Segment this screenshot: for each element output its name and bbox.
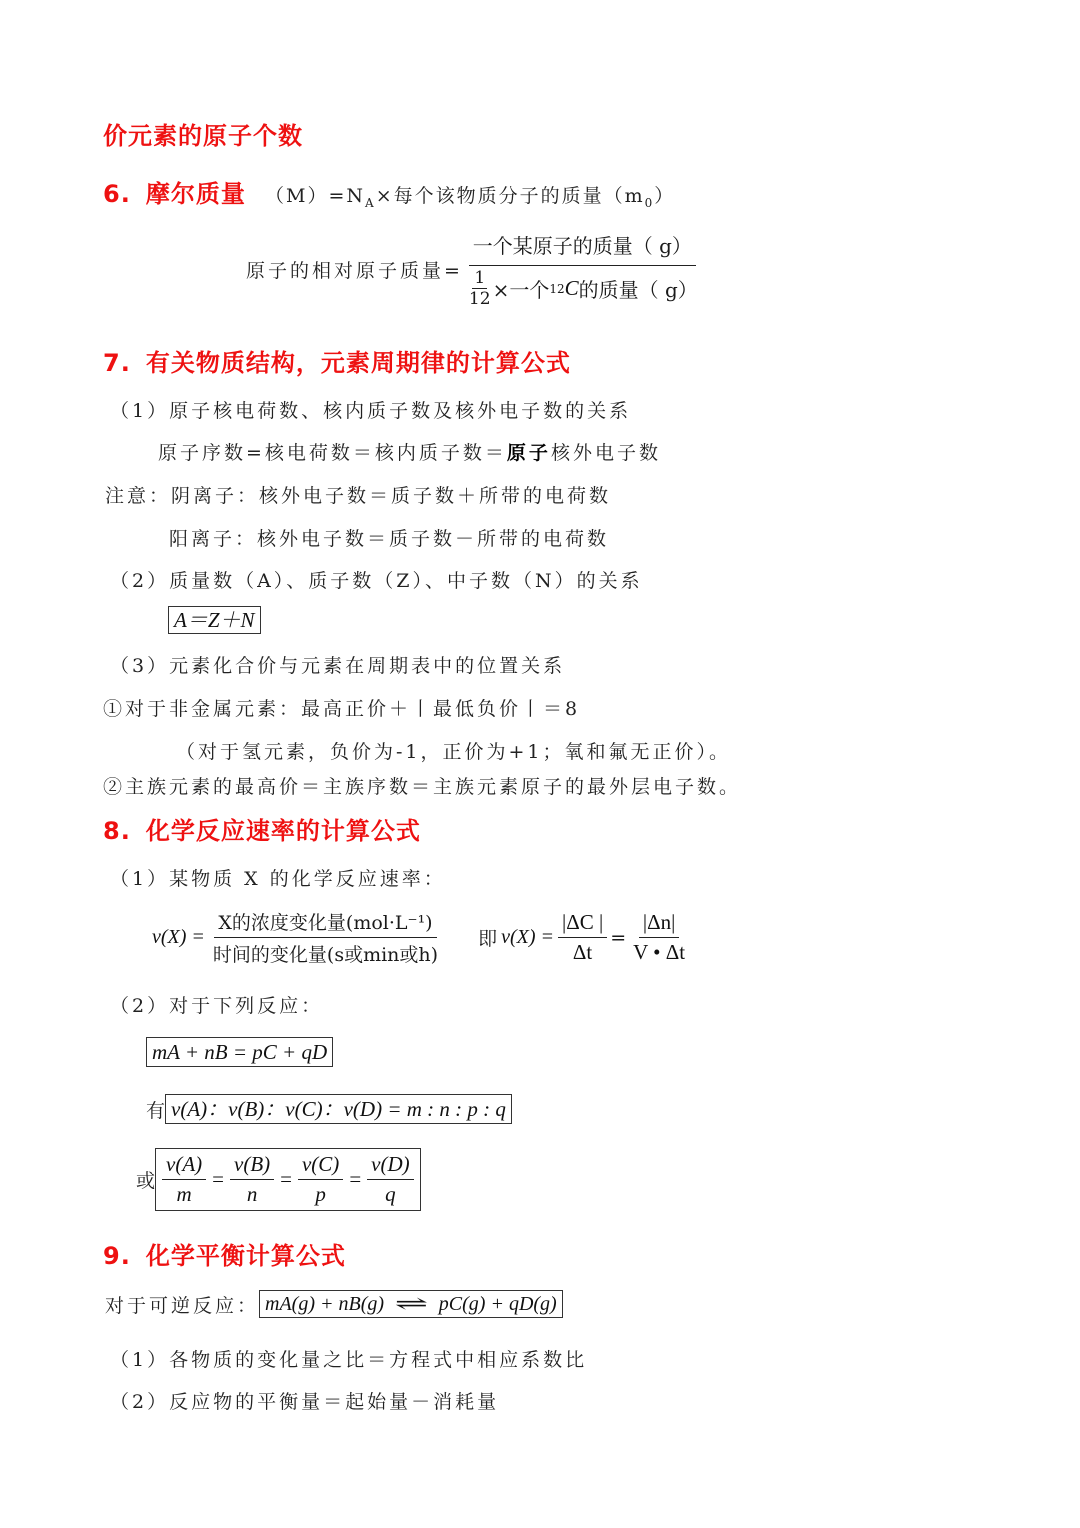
fraction-denominator: 1 12 ×一个12C的质量（ g） [463,266,702,309]
section-8-number: 8. [103,817,131,845]
section-heading-continued: 价元素的原子个数 [103,116,303,151]
s7-item-1: （1）原子核电荷数、核内质子数及核外电子数的关系 [110,396,631,423]
rate-ratio-row: 有 v(A)：v(B)：v(C)：v(D) = m : n : p : q [146,1094,512,1124]
rate-lhs-2: v(X) = [501,926,554,949]
rate-fractions-box: v(A)m = v(B)n = v(C)p = v(D)q [155,1148,421,1211]
reversible-reaction-box: mA(g) + nB(g) ⇌ pC(g) + qD(g) [259,1290,563,1318]
rate-fraction: X的浓度变化量(mol·L⁻¹) 时间的变化量(s或min或h) [209,908,442,967]
fraction-numerator: 一个某原子的质量（ g） [469,230,696,266]
relative-atomic-mass-label: 原子的相对原子质量= [246,256,463,283]
you-label: 有 [146,1096,165,1123]
section-7-title: 有关物质结构，元素周期律的计算公式 [146,349,571,377]
reversible-reaction-row: 对于可逆反应： mA(g) + nB(g) ⇌ pC(g) + qD(g) [105,1290,563,1318]
molar-mass-formula: （M）=NA×每个该物质分子的质量（m0） [265,185,675,207]
huo-label: 或 [136,1166,155,1193]
s8-item-1: （1）某物质 X 的化学反应速率： [110,864,446,891]
section-6-number: 6. [103,180,131,208]
section-9-number: 9. [103,1242,131,1270]
reversible-reaction-label: 对于可逆反应： [105,1291,259,1318]
section-8-header: 8. 化学反应速率的计算公式 [103,811,421,846]
section-6-title: 摩尔质量 [146,180,246,208]
s9-item-2: （2）反应物的平衡量＝起始量－消耗量 [110,1387,499,1414]
delta-n-fraction: |Δn| V • Δt [629,910,689,965]
section-9-title: 化学平衡计算公式 [146,1242,346,1270]
equilibrium-arrow-icon: ⇌ [395,1292,429,1316]
mass-number-formula-box: A＝Z＋N [168,606,261,634]
section-8-title: 化学反应速率的计算公式 [146,817,421,845]
section-9-header: 9. 化学平衡计算公式 [103,1236,346,1271]
s7-item-1-equation: 原子序数=核电荷数＝核内质子数＝原子核外电子数 [158,438,661,465]
s7-item-3-rule-1-note: （对于氢元素，负价为-1，正价为+1；氧和氟无正价）。 [176,737,731,764]
reaction-rate-formula: v(X) = X的浓度变化量(mol·L⁻¹) 时间的变化量(s或min或h) … [152,908,689,967]
relative-atomic-mass-fraction: 一个某原子的质量（ g） 1 12 ×一个12C的质量（ g） [463,230,702,309]
section-7-header: 7. 有关物质结构，元素周期律的计算公式 [103,343,571,378]
rate-denominator: 时间的变化量(s或min或h) [209,938,442,967]
s7-item-2: （2）质量数（A）、质子数（Z）、中子数（N）的关系 [110,566,643,593]
rate-fraction-row: 或 v(A)m = v(B)n = v(C)p = v(D)q [136,1148,421,1211]
delta-c-fraction: |ΔC | Δt [558,910,607,965]
s7-item-3: （3）元素化合价与元素在周期表中的位置关系 [110,651,565,678]
rate-ratio-box: v(A)：v(B)：v(C)：v(D) = m : n : p : q [165,1094,512,1124]
s7-item-3-rule-1: ①对于非金属元素：最高正价＋丨最低负价丨＝8 [103,694,580,721]
relative-atomic-mass-formula: 原子的相对原子质量= 一个某原子的质量（ g） 1 12 ×一个12C的质量（ … [246,230,702,309]
section-6-header: 6. 摩尔质量 （M）=NA×每个该物质分子的质量（m0） [103,174,675,210]
s9-item-1: （1）各物质的变化量之比＝方程式中相应系数比 [110,1345,587,1372]
s7-item-3-rule-2: ②主族元素的最高价＝主族序数＝主族元素原子的最外层电子数。 [103,772,741,799]
section-7-number: 7. [103,349,131,377]
rate-lhs: v(X) = [152,926,205,949]
rate-numerator: X的浓度变化量(mol·L⁻¹) [214,908,436,938]
reaction-equation-box: mA + nB = pC + qD [146,1037,333,1067]
note-cation: 阳离子：核外电子数＝质子数－所带的电荷数 [169,524,609,551]
ji-label: 即 [478,924,497,951]
note-anion: 注意：阴离子：核外电子数＝质子数＋所带的电荷数 [105,481,611,508]
s8-item-2: （2）对于下列反应： [110,991,323,1018]
